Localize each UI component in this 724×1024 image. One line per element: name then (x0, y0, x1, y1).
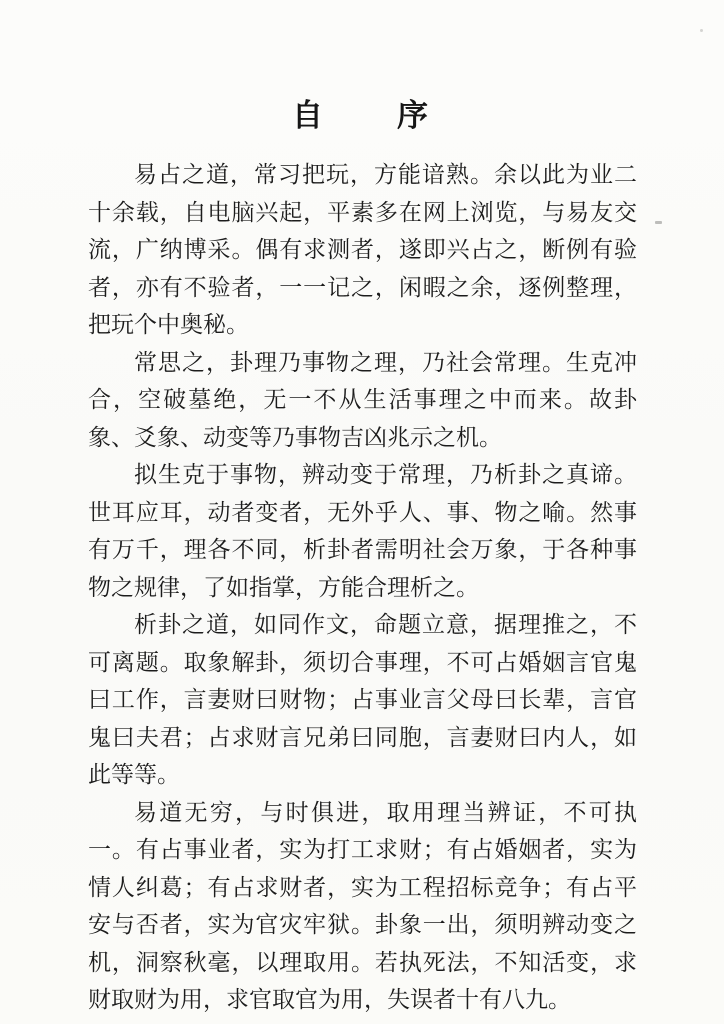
scan-speck (212, 962, 214, 964)
scanned-page: 自 序 易占之道，常习把玩，方能谙熟。余以此为业二十余载，自电脑兴起，平素多在网… (0, 0, 724, 1024)
paragraph: 析卦之道，如同作文，命题立意，据理推之，不可离题。取象解卦，须切合事理，不可占婚… (88, 606, 637, 794)
page-title: 自 序 (0, 90, 724, 135)
preface-text-block: 易占之道，常习把玩，方能谙熟。余以此为业二十余载，自电脑兴起，平素多在网上浏览，… (88, 156, 637, 1019)
paragraph: 易占之道，常习把玩，方能谙熟。余以此为业二十余载，自电脑兴起，平素多在网上浏览，… (88, 156, 637, 344)
scan-speck (700, 29, 703, 32)
paragraph: 拟生克于事物，辨动变于常理，乃析卦之真谛。世耳应耳，动者变者，无外乎人、事、物之… (88, 456, 637, 606)
scan-speck (655, 221, 662, 224)
paragraph: 常思之，卦理乃事物之理，乃社会常理。生克冲合，空破墓绝，无一不从生活事理之中而来… (88, 344, 637, 457)
paragraph: 易道无穷，与时俱进，取用理当辨证，不可执一。有占事业者，实为打工求财；有占婚姻者… (88, 794, 637, 1019)
